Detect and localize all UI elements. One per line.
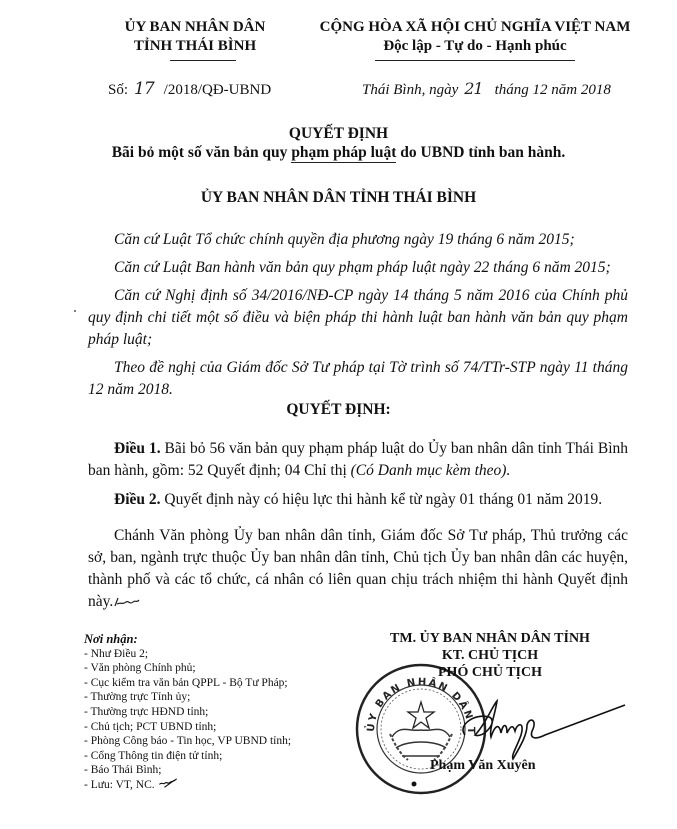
article-2: Điều 2. Quyết định này có hiệu lực thi h…: [88, 489, 628, 511]
document-number: Số:17/2018/QĐ-UBND: [108, 79, 271, 99]
number-suffix: /2018/QĐ-UBND: [164, 82, 272, 98]
number-label: Số:: [108, 82, 128, 98]
recipient-item: - Cổng Thông tin điện tử tỉnh;: [84, 749, 291, 764]
handwritten-day: 21: [464, 79, 482, 98]
recipient-item: - Phòng Công báo - Tin học, VP UBND tỉnh…: [84, 734, 291, 749]
national-motto: CỘNG HÒA XÃ HỘI CHỦ NGHĨA VIỆT NAM Độc l…: [300, 18, 650, 61]
document-subject: Bãi bỏ một số văn bản quy phạm pháp luật…: [0, 144, 677, 162]
signature-line1: TM. ỦY BAN NHÂN DÂN TỈNH: [360, 630, 620, 647]
signature-block: TM. ỦY BAN NHÂN DÂN TỈNH KT. CHỦ TỊCH PH…: [360, 630, 620, 681]
motto-underline: [375, 60, 575, 61]
place-date: Thái Bình, ngày21tháng 12 năm 2018: [362, 79, 611, 99]
recipient-item: - Thường trực HĐND tỉnh;: [84, 705, 291, 720]
nation-name: CỘNG HÒA XÃ HỘI CHỦ NGHĨA VIỆT NAM: [300, 18, 650, 37]
recipient-item: - Lưu: VT, NC.: [84, 778, 291, 793]
signer-name: Phạm Văn Xuyên: [430, 758, 536, 774]
signature-line3: PHÓ CHỦ TỊCH: [360, 664, 620, 681]
document-type: QUYẾT ĐỊNH: [0, 125, 677, 143]
recipient-item: - Văn phòng Chính phủ;: [84, 661, 291, 676]
preamble-4: Theo đề nghị của Giám đốc Sở Tư pháp tại…: [88, 357, 628, 401]
subject-text: Bãi bỏ một số văn bản quy: [112, 144, 292, 161]
article-2-text: Quyết định này có hiệu lực thi hành kể t…: [161, 491, 603, 508]
signature-line2: KT. CHỦ TỊCH: [360, 647, 620, 664]
recipient-item: - Báo Thái Bình;: [84, 763, 291, 778]
decision-heading: QUYẾT ĐỊNH:: [0, 401, 677, 419]
recipients-list: Nơi nhận: - Như Điều 2; - Văn phòng Chín…: [84, 632, 291, 793]
issuing-authority: ỦY BAN NHÂN DÂN TỈNH THÁI BÌNH: [0, 189, 677, 207]
initials-mark-icon: [155, 778, 181, 788]
recipient-item: - Cục kiểm tra văn bản QPPL - Bộ Tư Pháp…: [84, 676, 291, 691]
recipient-item: - Thường trực Tỉnh ủy;: [84, 690, 291, 705]
recipient-item-text: - Lưu: VT, NC.: [84, 779, 155, 791]
motto: Độc lập - Tự do - Hạnh phúc: [300, 37, 650, 56]
subject-underlined: phạm pháp luật: [291, 144, 396, 163]
article-1-note: (Có Danh mục kèm theo).: [351, 462, 511, 479]
execution-clause: Chánh Văn phòng Ủy ban nhân dân tỉnh, Gi…: [88, 525, 628, 613]
scan-speck: [74, 310, 76, 312]
recipients-heading: Nơi nhận:: [84, 632, 291, 647]
initials-mark-icon: [113, 596, 141, 608]
subject-text-end: do UBND tỉnh ban hành.: [396, 144, 565, 161]
date-prefix: Thái Bình, ngày: [362, 82, 458, 98]
article-2-label: Điều 2.: [114, 491, 161, 508]
preamble-3: Căn cứ Nghị định số 34/2016/NĐ-CP ngày 1…: [88, 285, 628, 351]
article-1-label: Điều 1.: [114, 440, 161, 457]
article-1: Điều 1. Bãi bỏ 56 văn bản quy phạm pháp …: [88, 438, 628, 482]
date-suffix: tháng 12 năm 2018: [495, 82, 611, 98]
issuing-agency: ỦY BAN NHÂN DÂN TỈNH THÁI BÌNH: [105, 18, 285, 61]
recipient-item: - Như Điều 2;: [84, 647, 291, 662]
preamble-1: Căn cứ Luật Tổ chức chính quyền địa phươ…: [88, 229, 628, 251]
agency-line2: TỈNH THÁI BÌNH: [105, 37, 285, 56]
handwritten-number: 17: [134, 79, 154, 99]
agency-underline: [170, 60, 236, 61]
recipient-item: - Chủ tịch; PCT UBND tỉnh;: [84, 720, 291, 735]
preamble-2: Căn cứ Luật Ban hành văn bản quy phạm ph…: [88, 257, 628, 279]
agency-line1: ỦY BAN NHÂN DÂN: [105, 18, 285, 37]
handwritten-signature-icon: [455, 695, 635, 765]
execution-text: Chánh Văn phòng Ủy ban nhân dân tỉnh, Gi…: [88, 527, 628, 610]
